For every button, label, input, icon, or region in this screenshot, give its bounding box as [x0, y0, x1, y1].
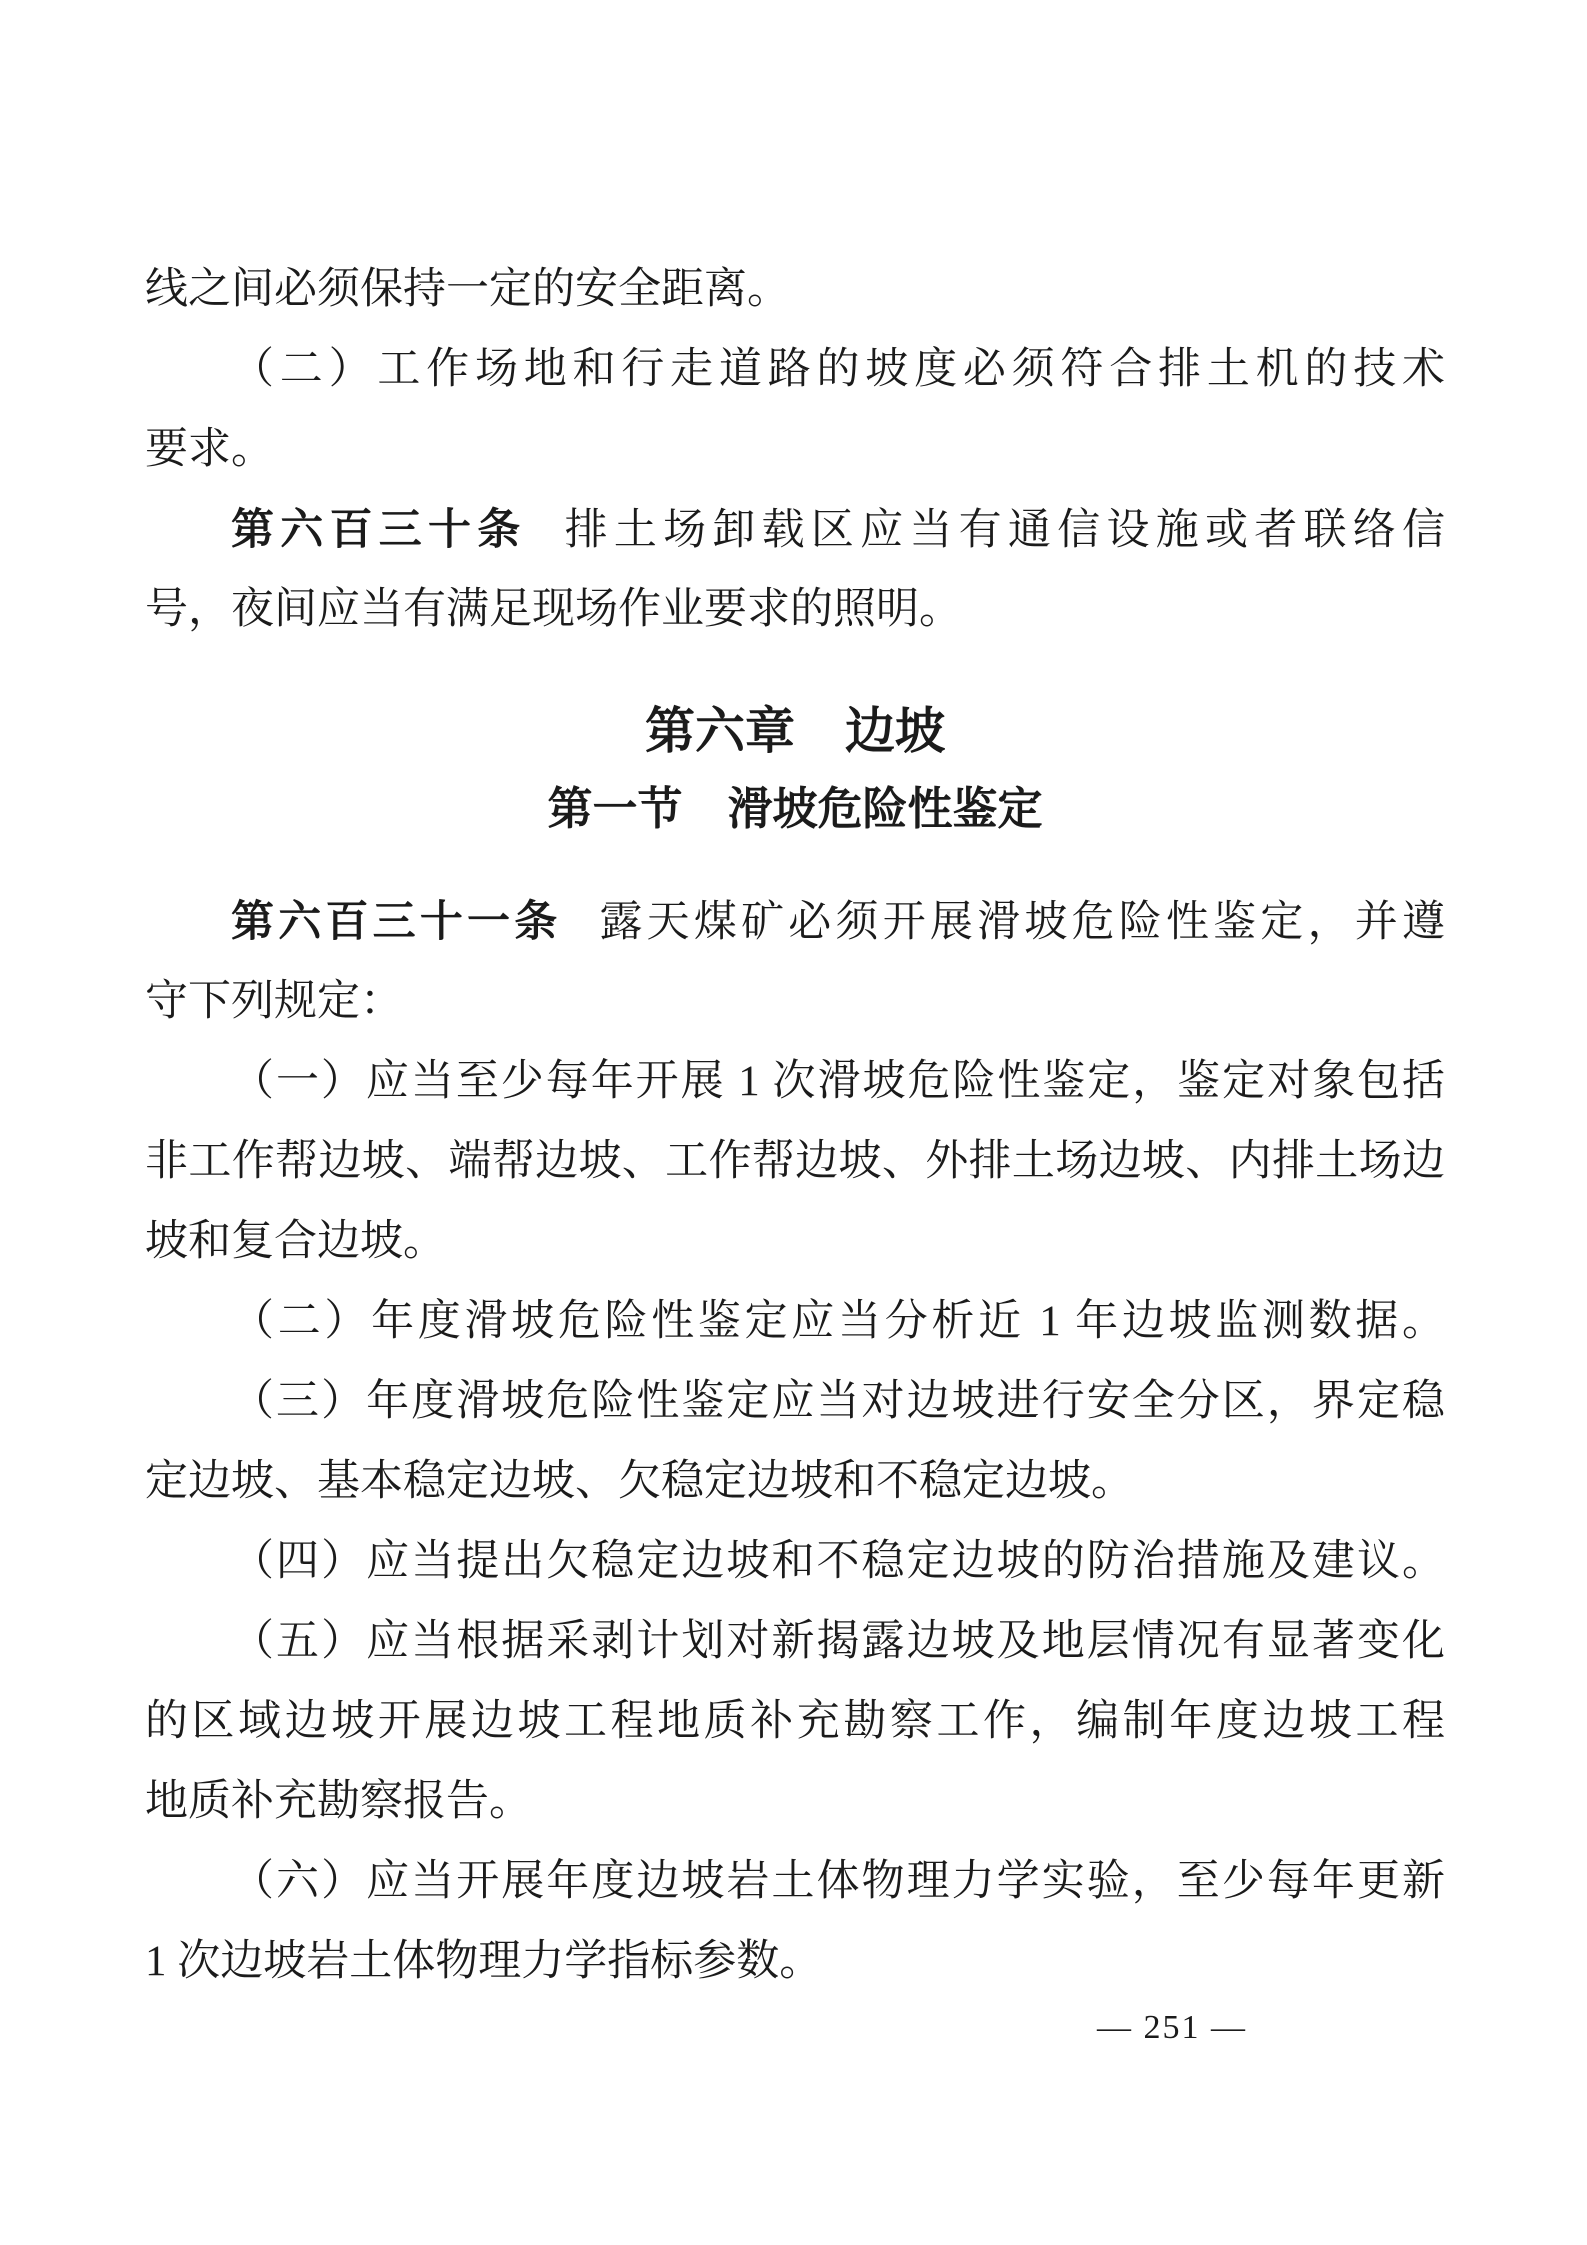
page-number: — 251 — — [1097, 2000, 1247, 2056]
article-630-number: 第六百三十条 — [231, 506, 565, 554]
document-page: 线之间必须保持一定的安全距离。 （二）工作场地和行走道路的坡度必须符合排土机的技… — [0, 0, 1587, 2245]
item5-line1: （五）应当根据采剥计划对新揭露边坡及地层情况有显著变化 — [145, 1602, 1445, 1682]
article-631-line1: 第六百三十一条露天煤矿必须开展滑坡危险性鉴定，并遵 — [145, 882, 1445, 962]
article-631-number: 第六百三十一条 — [231, 898, 599, 946]
item5-line2: 的区域边坡开展边坡工程地质补充勘察工作，编制年度边坡工程 — [145, 1682, 1445, 1762]
item1-line2: 非工作帮边坡、端帮边坡、工作帮边坡、外排土场边坡、内排土场边 — [145, 1122, 1445, 1202]
article-630-line2: 号，夜间应当有满足现场作业要求的照明。 — [145, 570, 1445, 650]
item5-line3: 地质补充勘察报告。 — [145, 1762, 1445, 1842]
item3-line1: （三）年度滑坡危险性鉴定应当对边坡进行安全分区，界定稳 — [145, 1362, 1445, 1442]
item3-line2: 定边坡、基本稳定边坡、欠稳定边坡和不稳定边坡。 — [145, 1442, 1445, 1522]
dump-item2-line1: （二）工作场地和行走道路的坡度必须符合排土机的技术 — [145, 330, 1445, 410]
item6-line2: 1 次边坡岩土体物理力学指标参数。 — [145, 1922, 1445, 2002]
page-content: 线之间必须保持一定的安全距离。 （二）工作场地和行走道路的坡度必须符合排土机的技… — [145, 250, 1445, 2002]
article-630-text: 排土场卸载区应当有通信设施或者联络信 — [565, 507, 1445, 554]
body-line-continuation: 线之间必须保持一定的安全距离。 — [145, 250, 1445, 330]
item6-line1: （六）应当开展年度边坡岩土体物理力学实验，至少每年更新 — [145, 1842, 1445, 1922]
item1-line3: 坡和复合边坡。 — [145, 1202, 1445, 1282]
article-631-line2: 守下列规定： — [145, 962, 1445, 1042]
item4-line1: （四）应当提出欠稳定边坡和不稳定边坡的防治措施及建议。 — [145, 1522, 1445, 1602]
chapter-heading: 第六章 边坡 — [145, 692, 1445, 770]
item2-line1: （二）年度滑坡危险性鉴定应当分析近 1 年边坡监测数据。 — [145, 1282, 1445, 1362]
article-630-line1: 第六百三十条排土场卸载区应当有通信设施或者联络信 — [145, 490, 1445, 570]
section-heading: 第一节 滑坡危险性鉴定 — [145, 770, 1445, 848]
article-631-text: 露天煤矿必须开展滑坡危险性鉴定，并遵 — [599, 899, 1445, 946]
item1-line1: （一）应当至少每年开展 1 次滑坡危险性鉴定，鉴定对象包括 — [145, 1042, 1445, 1122]
dump-item2-line2: 要求。 — [145, 410, 1445, 490]
